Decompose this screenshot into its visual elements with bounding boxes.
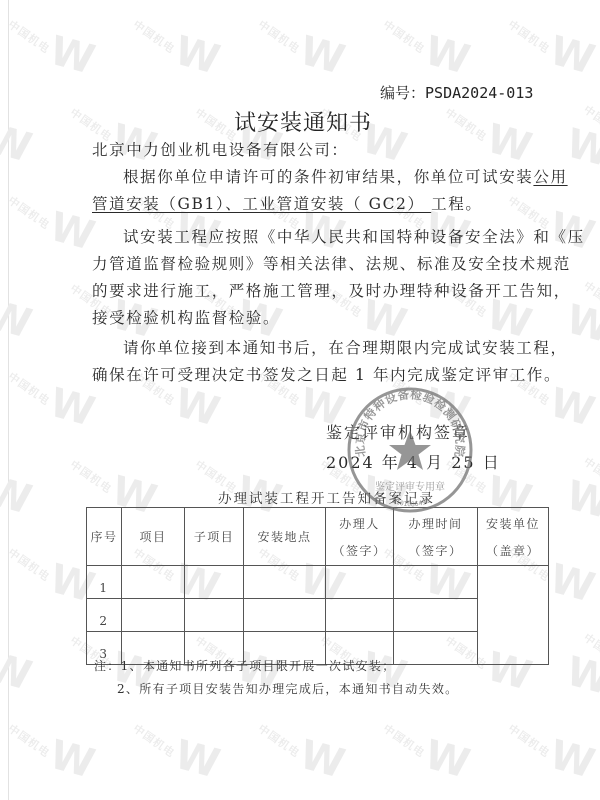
row-time[interactable] [394,566,478,599]
row-handler[interactable] [326,599,394,632]
regulations-line: 的要求进行施工，严格施工管理，及时办理特种设备开工告知， [92,278,552,305]
header-seq: 序号 [87,508,122,566]
regulations-line: 力管道监督检验规则》等相关法律、法规、标准及安全技术规范 [92,251,552,278]
row-seq: 2 [87,599,122,632]
row-handler[interactable] [326,566,394,599]
approval-text: 根据你单位申请许可的条件初审结果，你单位可试安装 [123,168,533,186]
record-table-header: 序号 项目 子项目 安装地点 办理人（签字） 办理时间（签字） 安装单位（盖章） [87,508,549,566]
row-time[interactable] [394,632,478,665]
note-1: 注：1、本通知书所列各子项目限开展一次试安装； [94,657,396,674]
page-title-text: 试安装通知书 [234,111,372,136]
seal-serial: 1101086491 [391,497,431,509]
deadline-line: 请你单位接到本通知书后，在合理期限内完成试安装工程， [92,335,552,362]
document-number-value: PSDA2024-013 [425,84,533,102]
row-sub-project[interactable] [185,599,244,632]
header-install-unit: 安装单位（盖章） [478,508,549,566]
row-sub-project[interactable] [185,566,244,599]
page-title: 试安装通知书 [0,106,600,137]
approval-tail: 工程。 [431,195,482,213]
row-seq: 1 [87,566,122,599]
paragraph-regulations: 试安装工程应按照《中华人民共和国特种设备安全法》和《压 力管道监督检验规则》等相… [92,224,552,332]
approved-scope-part-1: 公用 [533,168,567,186]
approved-scope-part-2: 管道安装（GB1）、工业管道安装（ GC2） [92,195,431,213]
header-time: 办理时间（签字） [394,508,478,566]
header-sub-project: 子项目 [185,508,244,566]
seal-inner-text: 鉴定评审专用章 [375,480,445,493]
addressee: 北京中力创业机电设备有限公司： [92,137,552,164]
record-table: 序号 项目 子项目 安装地点 办理人（签字） 办理时间（签字） 安装单位（盖章）… [86,507,549,665]
official-seal-icon: 北京市特种设备检验检测研究院 鉴定评审专用章 1101086491 [346,386,474,514]
paragraph-deadline: 请你单位接到本通知书后，在合理期限内完成试安装工程， 确保在许可受理决定书签发之… [92,335,552,389]
regulations-line: 接受检验机构监督检验。 [92,305,552,332]
row-project[interactable] [122,566,185,599]
document-number: 编号：PSDA2024-013 [380,82,533,103]
header-project: 项目 [122,508,185,566]
paragraph-approval-line-1: 根据你单位申请许可的条件初审结果，你单位可试安装公用 [92,164,552,191]
addressee-text: 北京中力创业机电设备有限公司： [92,137,552,164]
note-2: 2、所有子项目安装告知办理完成后，本通知书自动失效。 [117,680,458,697]
deadline-line: 确保在许可受理决定书签发之日起 1 年内完成鉴定评审工作。 [92,362,552,389]
install-unit-seal-cell[interactable] [478,566,549,665]
document-number-label: 编号： [380,84,425,102]
row-location[interactable] [244,599,326,632]
svg-text:1101086491: 1101086491 [391,497,431,509]
table-row: 1 [87,566,549,599]
header-location: 安装地点 [244,508,326,566]
regulations-line: 试安装工程应按照《中华人民共和国特种设备安全法》和《压 [92,224,552,251]
document-page: 编号：PSDA2024-013 试安装通知书 北京中力创业机电设备有限公司： 根… [0,0,600,800]
paragraph-approval-line-2: 管道安装（GB1）、工业管道安装（ GC2） 工程。 [92,191,552,218]
row-time[interactable] [394,599,478,632]
row-project[interactable] [122,599,185,632]
paragraph-approval: 根据你单位申请许可的条件初审结果，你单位可试安装公用 管道安装（GB1）、工业管… [92,164,552,218]
header-handler: 办理人（签字） [326,508,394,566]
row-location[interactable] [244,566,326,599]
